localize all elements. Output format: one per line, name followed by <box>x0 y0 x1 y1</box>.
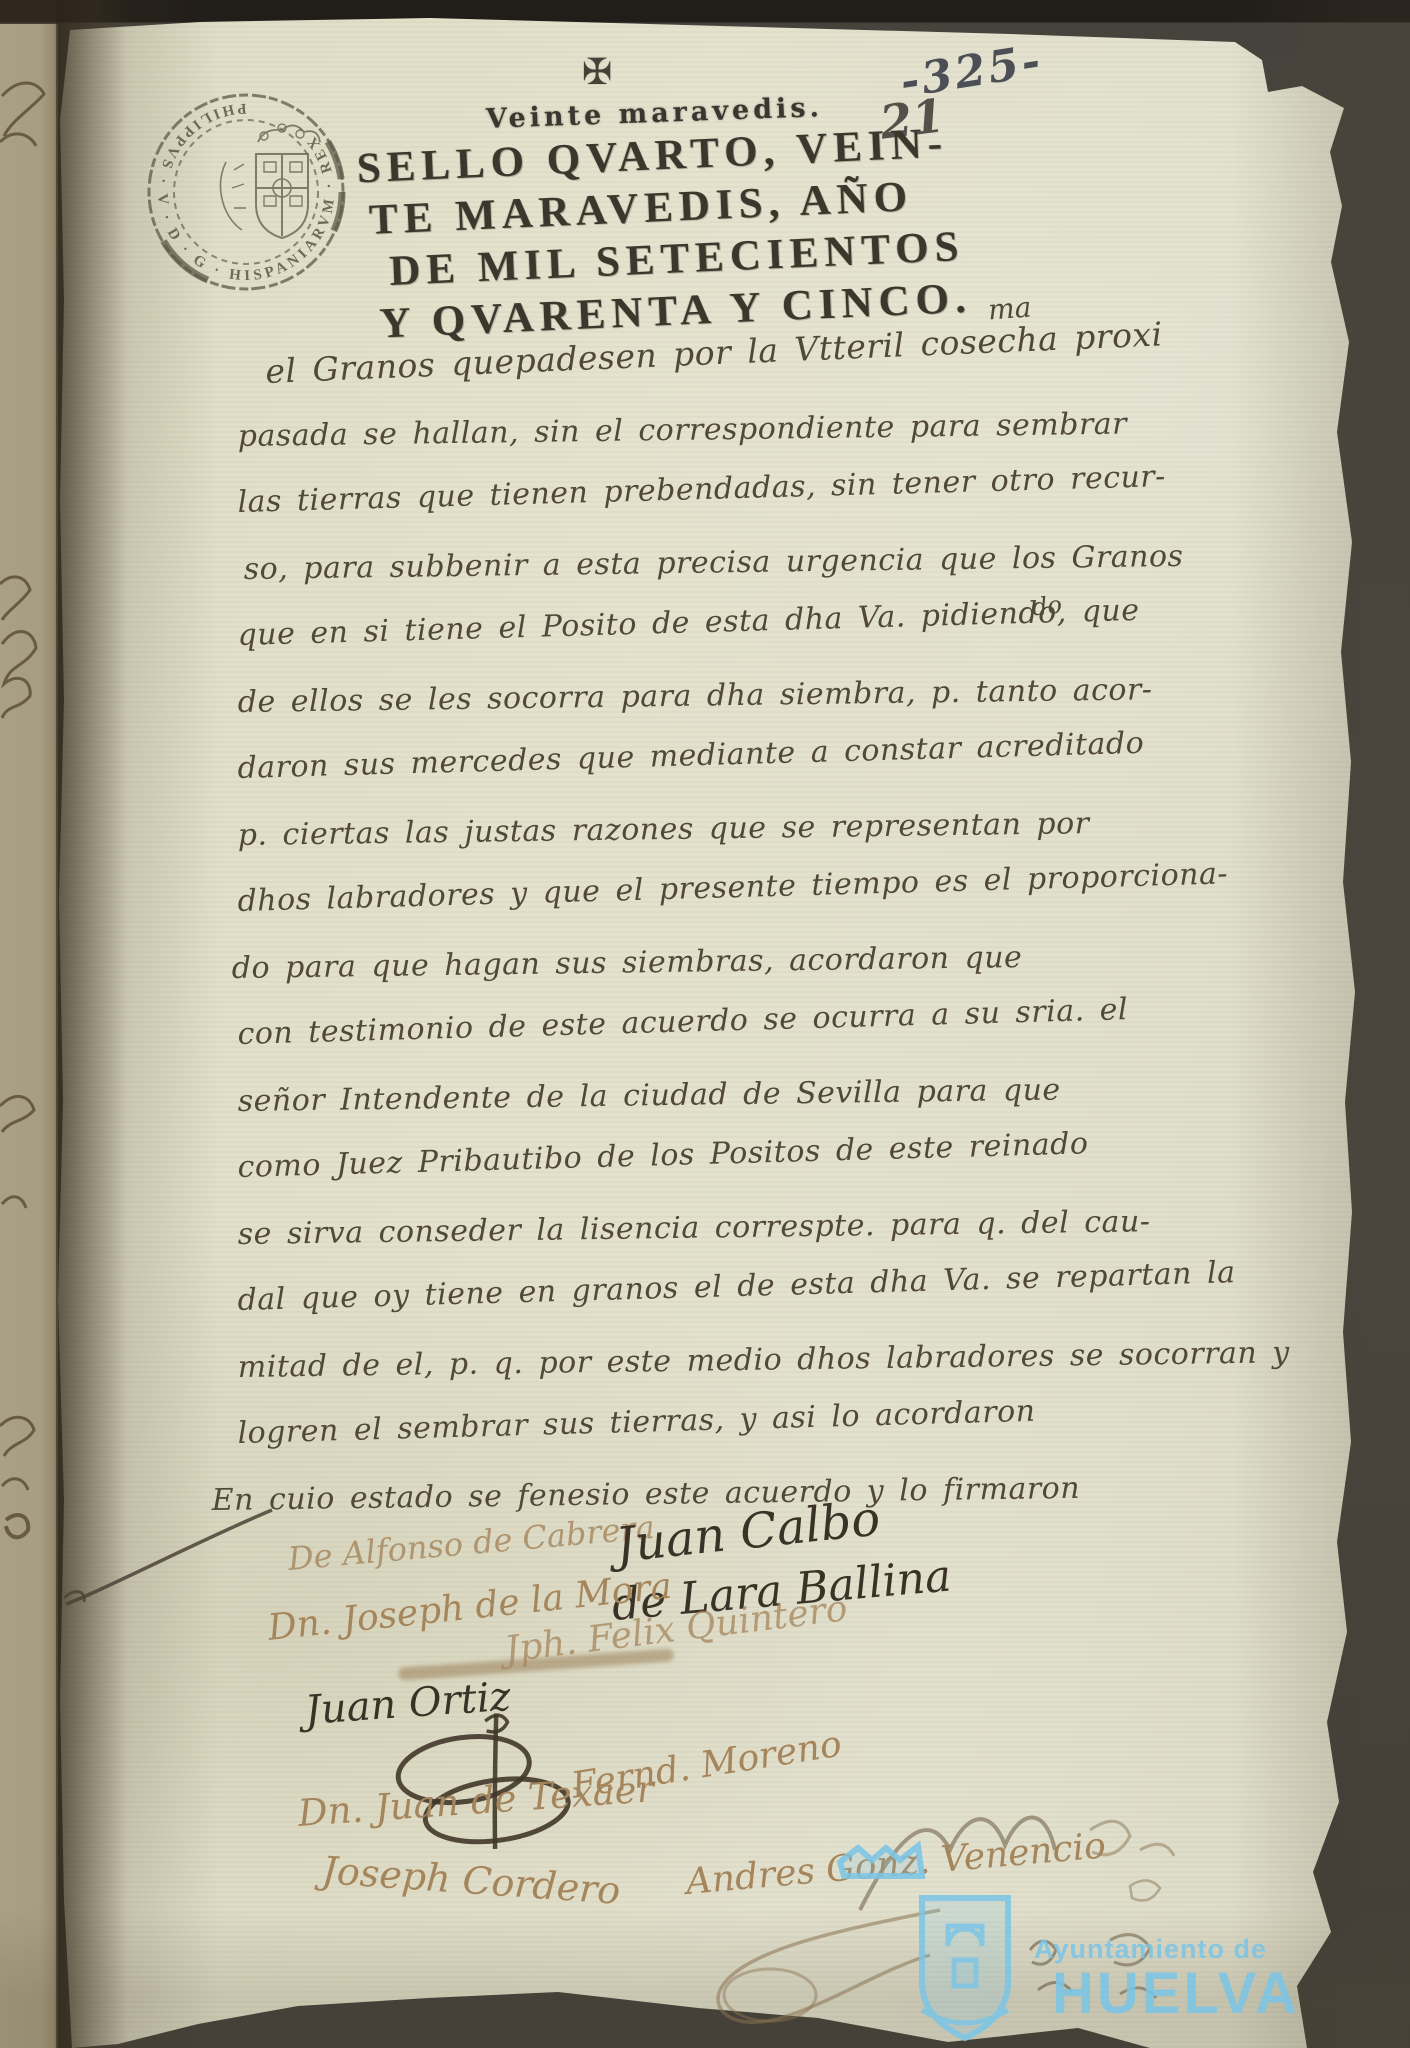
svg-text:PHILIPPVS · V · D · G · HISPAN: PHILIPPVS · V · D · G · HISPANIARVM · RE… <box>154 100 339 285</box>
archive-watermark-text: HUELVA <box>1052 1960 1300 2027</box>
royal-seal-stamp: PHILIPPVS · V · D · G · HISPANIARVM · RE… <box>130 76 362 308</box>
archive-watermark-shield <box>826 1840 1056 2048</box>
pen-stroke <box>60 1500 280 1610</box>
stamp-heading: SELLO QVARTO, VEIN- TE MARAVEDIS, AÑO DE… <box>356 117 973 351</box>
margin-catchword: ma <box>987 291 1032 327</box>
facing-page-edge <box>0 24 58 2048</box>
margin-catchword: do <box>1031 591 1064 622</box>
manuscript-body: el Granos quepadesen por la Vtteril cose… <box>238 352 1068 1549</box>
cross-icon: ✠ <box>582 52 612 93</box>
facing-page-ink-bleed <box>0 24 58 2048</box>
seal-legend: PHILIPPVS · V · D · G · HISPANIARVM · RE… <box>154 100 339 285</box>
archival-photo: -325- 21 ✠ Veinte maravedis. PHILIPPVS ·… <box>0 0 1410 2048</box>
